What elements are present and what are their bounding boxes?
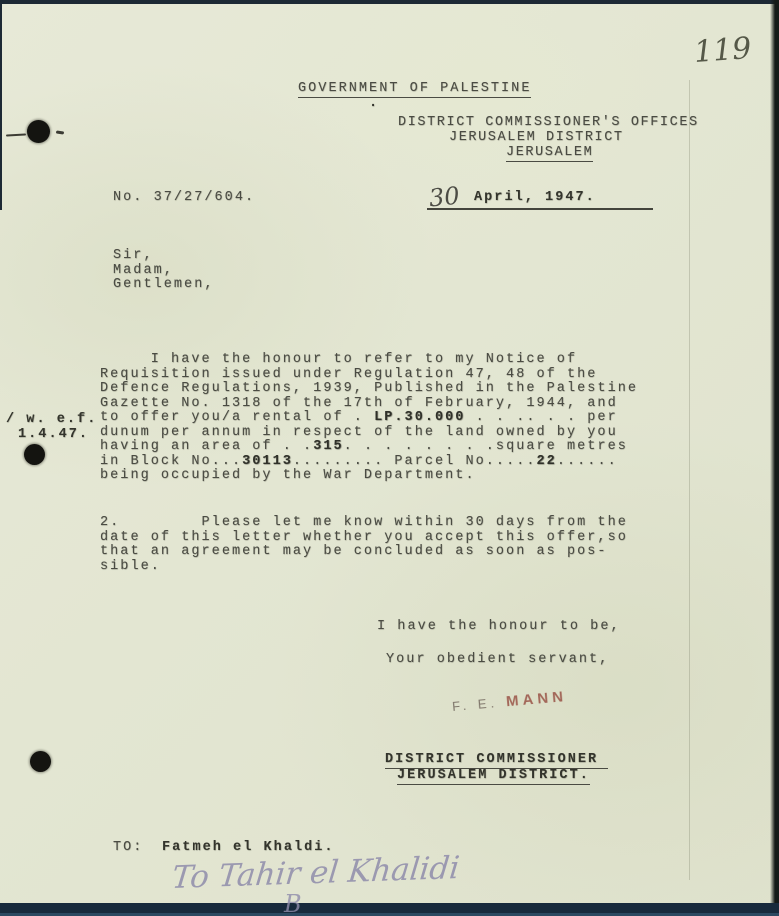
scan-edge-bottom	[0, 903, 779, 916]
letterhead-mark: .	[369, 97, 379, 111]
recipient-label: TO:	[113, 841, 143, 855]
margin-note-date: 1.4.47.	[18, 428, 89, 442]
block-number-value: 30113	[242, 454, 293, 469]
paper-crease	[689, 80, 690, 880]
signature-title-district: JERUSALEM DISTRICT.	[397, 769, 590, 785]
salutation-gentlemen: Gentlemen,	[113, 278, 215, 292]
para1-line9: being occupied by the War Department.	[100, 469, 476, 483]
scan-edge-left	[0, 0, 2, 210]
pen-mark-left	[6, 133, 26, 136]
letterhead-city: JERUSALEM	[506, 146, 593, 162]
para1-line2: Requisition issued under Regulation 47, …	[100, 368, 597, 382]
letterhead-government: GOVERNMENT OF PALESTINE	[298, 82, 531, 98]
area-value: 315	[313, 439, 343, 454]
para1-line5-text: to offer you/a rental of .	[100, 410, 374, 425]
para1-line7: having an area of . .315. . . . . . . .s…	[100, 440, 628, 454]
scan-edge-top	[0, 0, 779, 4]
para1-line5-tail: . . .. . . per	[465, 410, 617, 425]
date-typed: April, 1947.	[474, 191, 596, 205]
closing-servant: Your obedient servant,	[386, 653, 609, 667]
para1-line6: dunum per annum in respect of the land o…	[100, 426, 618, 440]
salutation-madam: Madam,	[113, 264, 174, 278]
para1-line8: in Block No...30113......... Parcel No..…	[100, 455, 618, 469]
signature-stamp-name: MANN	[497, 688, 567, 711]
para1-line8-text: in Block No...	[100, 454, 242, 469]
scan-edge-right	[770, 0, 779, 916]
para1-line7-tail: . . . . . . . .square metres	[344, 439, 628, 454]
para1-line3: Defence Regulations, 1939, Published in …	[100, 382, 638, 396]
para1-line5: to offer you/a rental of . LP.30.000 . .…	[100, 411, 618, 425]
para2-line3: that an agreement may be concluded as so…	[100, 545, 608, 559]
scanned-letter-page: 119 GOVERNMENT OF PALESTINE . DISTRICT C…	[0, 0, 779, 916]
para2-line1: 2. Please let me know within 30 days fro…	[100, 516, 628, 530]
para1-line8-tail: ......	[557, 454, 618, 469]
hole-punch-bottom	[30, 751, 51, 772]
page-number-handwritten: 119	[693, 31, 753, 70]
signature-title-commissioner: DISTRICT COMMISSIONER	[385, 753, 608, 769]
salutation-sir: Sir,	[113, 249, 154, 263]
recipient-handwritten-note: To Tahir el Khalidi	[170, 850, 461, 896]
parcel-number-value: 22	[537, 454, 557, 469]
recipient-handwritten-partial: B	[284, 890, 302, 916]
hole-punch-top	[27, 120, 50, 143]
para1-line1: I have the honour to refer to my Notice …	[100, 353, 577, 367]
rental-amount-value: LP.30.000	[374, 410, 465, 425]
reference-number: No. 37/27/604.	[113, 191, 255, 205]
hole-punch-middle	[24, 444, 45, 465]
para2-line2: date of this letter whether you accept t…	[100, 531, 628, 545]
letterhead-district: JERUSALEM DISTRICT	[449, 131, 624, 145]
signature-stamp: F. E. MANN	[451, 688, 567, 716]
pen-mark-right	[56, 130, 64, 134]
letterhead-office: DISTRICT COMMISSIONER'S OFFICES	[398, 116, 699, 130]
margin-note-wef: / w. e.f.	[6, 413, 97, 427]
para1-line8-mid: ......... Parcel No.....	[293, 454, 537, 469]
signature-stamp-initials: F. E.	[452, 695, 499, 714]
para2-line4: sible.	[100, 560, 161, 574]
closing-honour: I have the honour to be,	[377, 620, 621, 634]
date-underline	[427, 208, 653, 210]
recipient-name: Fatmeh el Khaldi.	[162, 841, 335, 855]
para1-line7-text: having an area of . .	[100, 439, 313, 454]
para1-line4: Gazette No. 1318 of the 17th of February…	[100, 397, 618, 411]
